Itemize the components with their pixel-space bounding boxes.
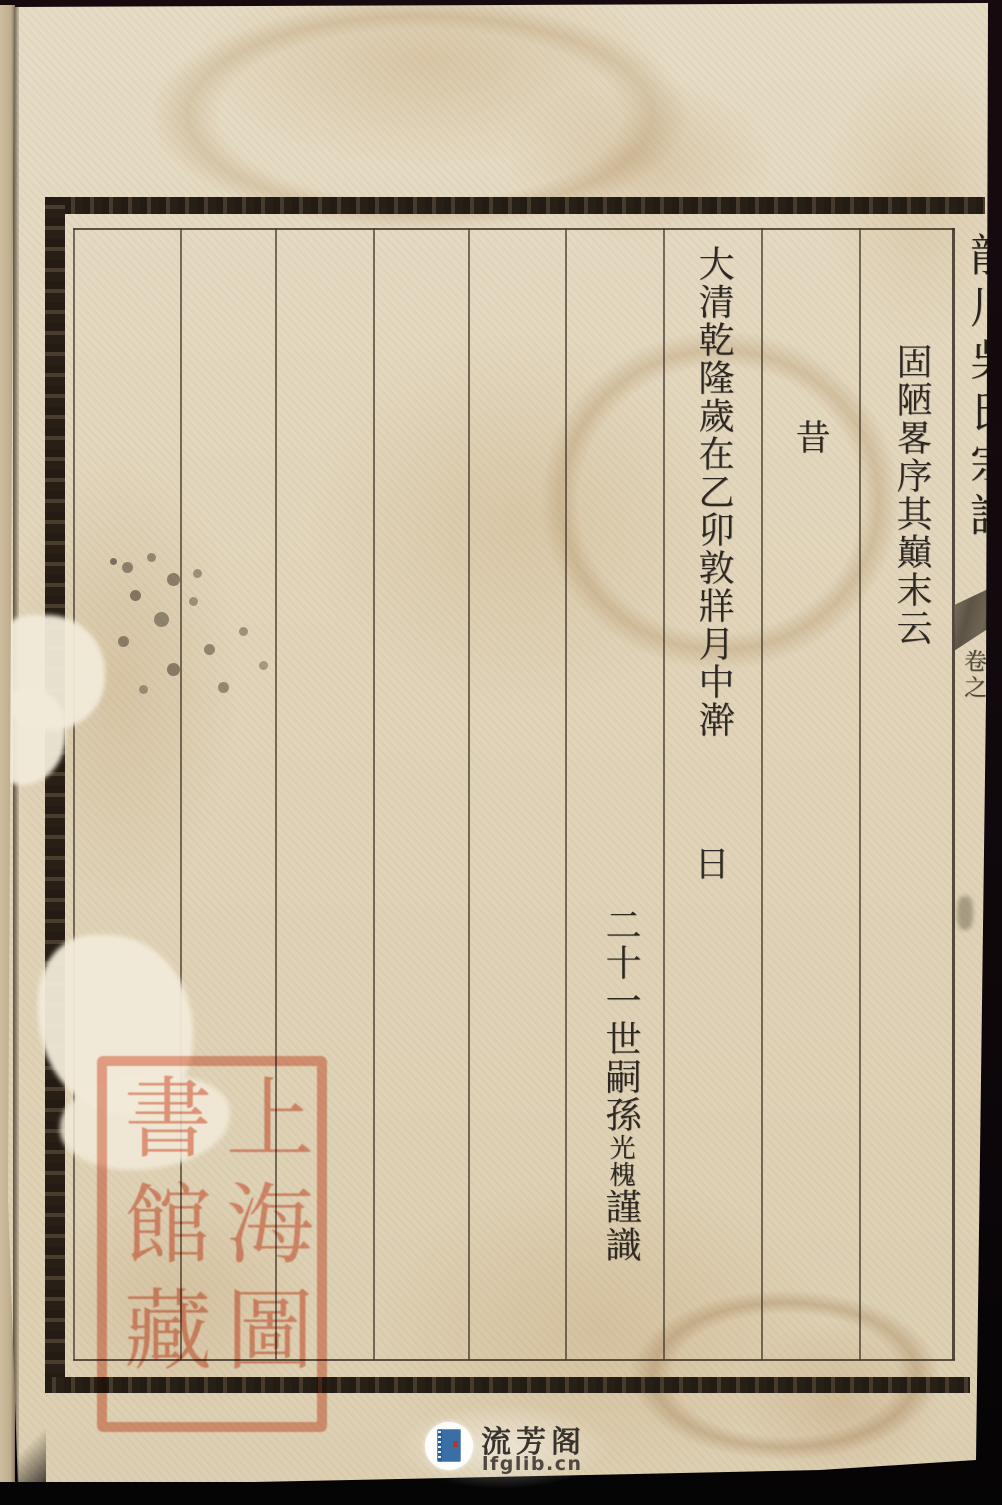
signature-generation: 二十一世嗣孫 [600,906,641,1134]
date-line: 大清乾隆歲在乙卯敦牂月中澣 [688,245,739,739]
site-watermark: 流芳阁 lfglib.cn [403,1411,603,1481]
genealogy-book-scan: 龍川吳氏宗譜 卷之 固陋畧序其巔末云 昔 大清乾隆歲在乙卯敦牂月中澣 日 二十一… [0,0,1002,1505]
day-word: 日 [684,845,734,880]
water-stain-ring [150,0,690,230]
column-line [663,228,665,1360]
opening-word: 昔 [785,419,835,454]
watermark-site-url: lfglib.cn [482,1453,583,1475]
book-seal-dot [453,1441,458,1447]
inner-frame-line-top [73,228,955,230]
spine-volume-label: 卷之 [957,649,990,701]
column-line [761,228,763,1360]
frame-border-top [45,197,985,214]
inner-frame-line-left [73,228,75,1360]
mold-specks [110,558,117,565]
column-line [373,228,375,1360]
preface-closing-line: 固陋畧序其巔末云 [886,343,937,647]
signature-name: 光槐 [605,1134,635,1188]
paper-page: 龍川吳氏宗譜 卷之 固陋畧序其巔末云 昔 大清乾隆歲在乙卯敦牂月中澣 日 二十一… [0,0,1002,1505]
fishtail-mark [954,589,988,651]
book-icon [437,1429,461,1462]
seal-text: 上海圖書館藏 [108,1072,314,1414]
book-binding-dots [438,1431,441,1460]
spine-ink-smudge [957,896,973,930]
spine-title: 龍川吳氏宗譜 [955,232,1002,544]
frame-border-left [45,197,65,1393]
library-collection-seal: 上海圖書館藏 [97,1056,327,1432]
signature-line: 二十一世嗣孫光槐謹識 [595,906,646,1264]
water-stain-ring [630,1290,940,1460]
signature-honorific: 謹識 [600,1188,641,1264]
column-line [565,228,567,1360]
watermark-logo [425,1422,473,1470]
column-line [468,228,470,1360]
column-line [859,228,861,1360]
